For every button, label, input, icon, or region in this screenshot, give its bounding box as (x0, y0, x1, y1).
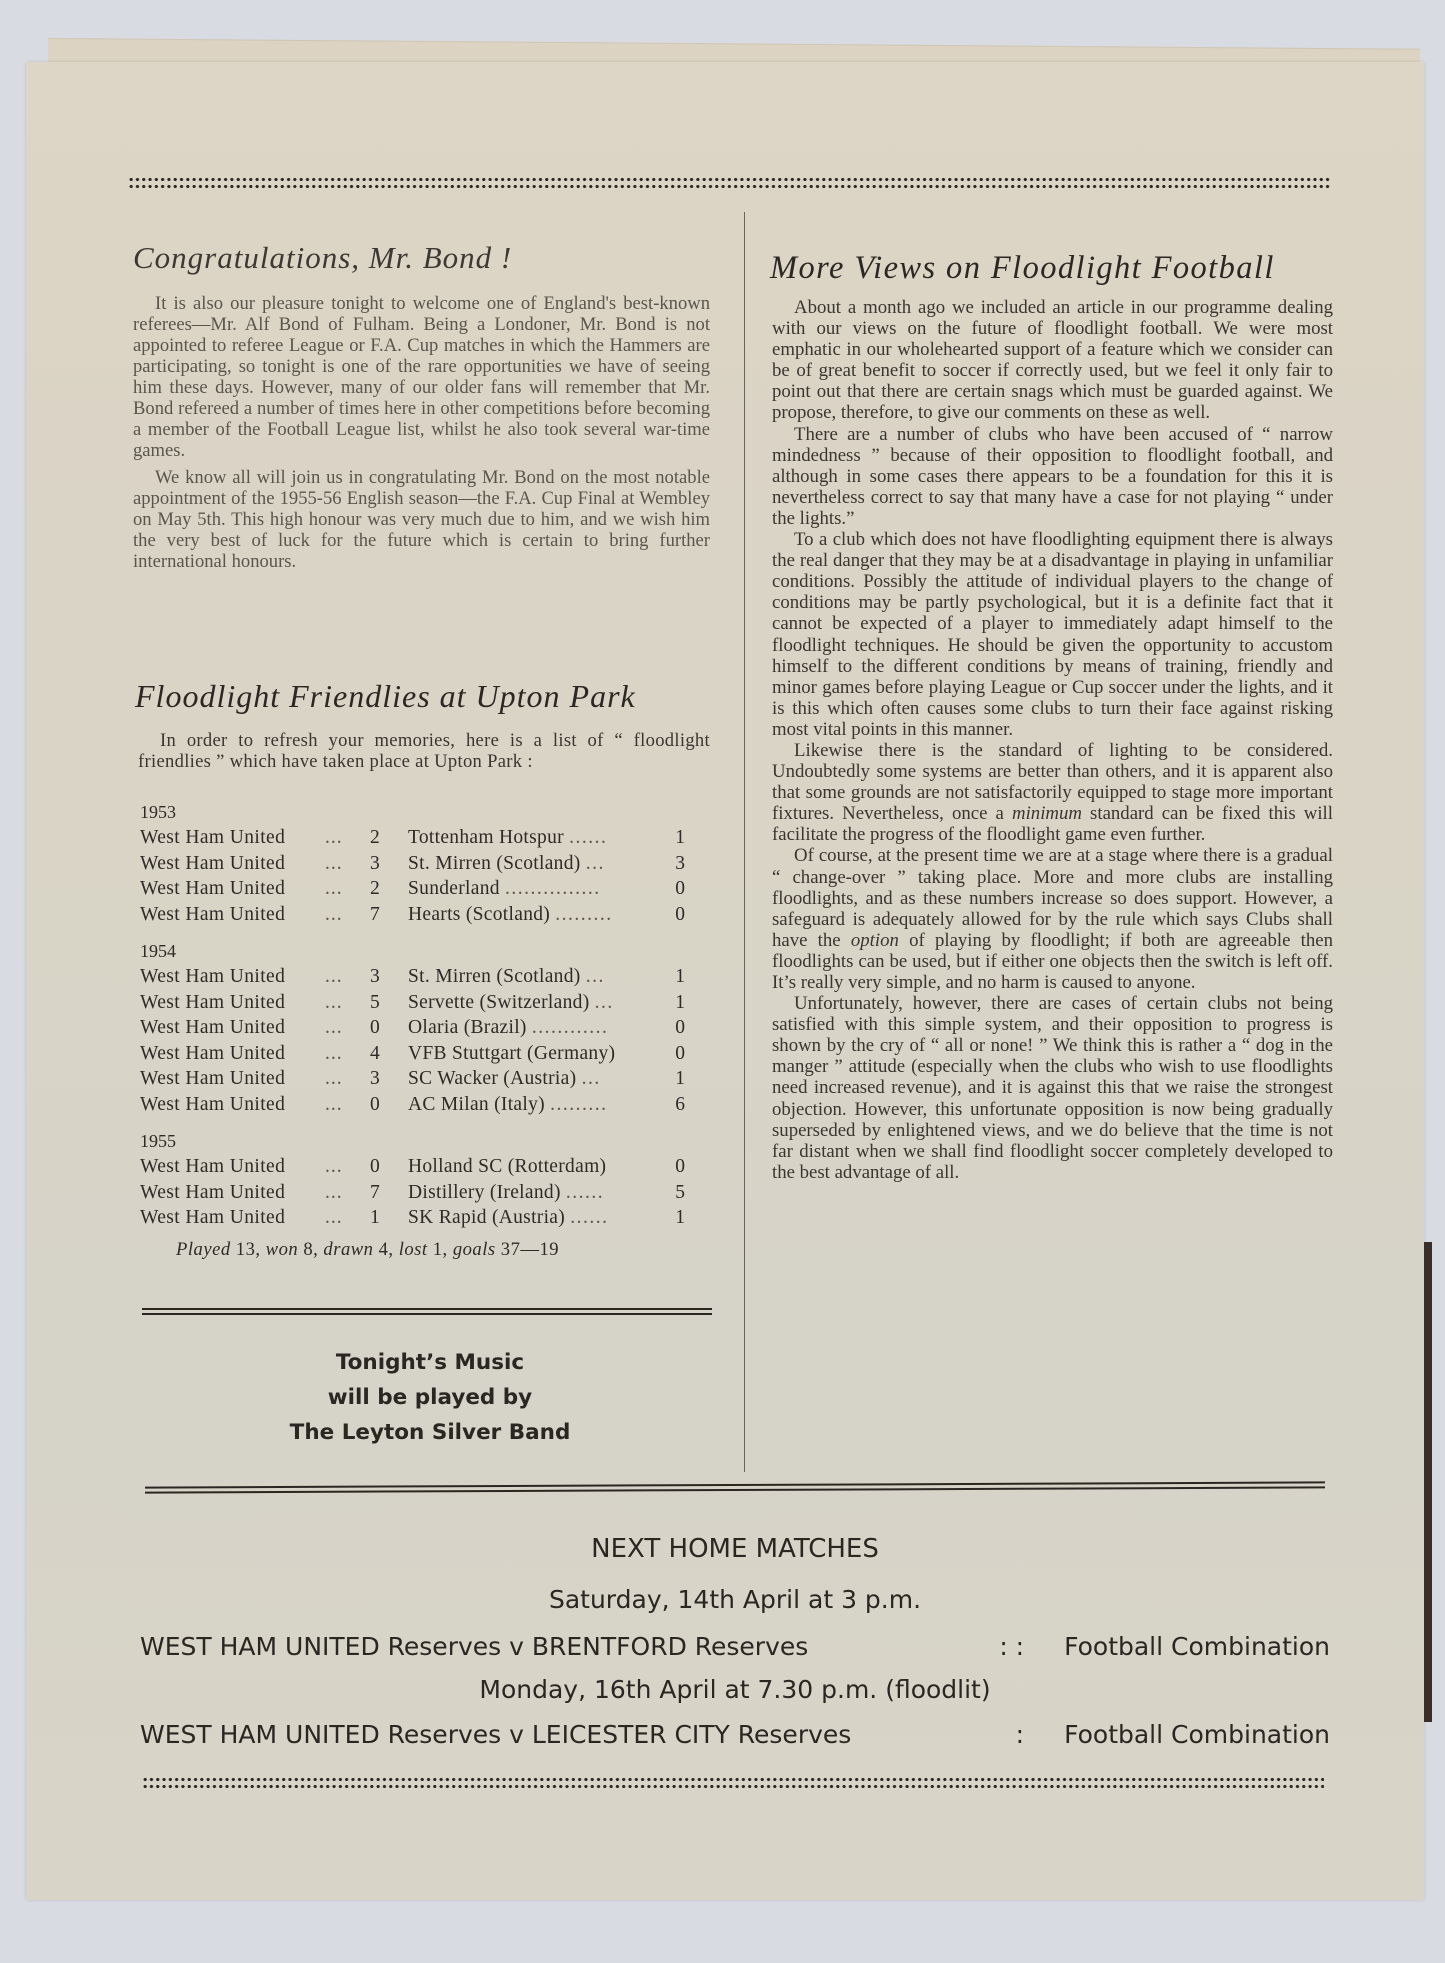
fixtures-summary: Played 13, won 8, drawn 4, lost 1, goals… (140, 1239, 685, 1261)
leader-dots: ... (582, 1068, 601, 1089)
fixture-row: West Ham United...3SC Wacker (Austria) .… (140, 1066, 685, 1092)
floodlight-views-paragraph-5: Of course, at the present time we are at… (772, 845, 1333, 993)
away-team: AC Milan (Italy) ......... (408, 1092, 669, 1118)
congrats-body: It is also our pleasure tonight to welco… (133, 293, 710, 572)
away-team: Holland SC (Rotterdam) (408, 1154, 669, 1180)
away-score: 5 (669, 1180, 685, 1206)
fixture-row: West Ham United...1SK Rapid (Austria) ..… (140, 1205, 685, 1231)
leader-dots: ............ (532, 1017, 609, 1038)
home-score: 2 (370, 825, 408, 851)
separator-dots: ... (325, 851, 370, 877)
away-score: 0 (669, 876, 685, 902)
away-team: St. Mirren (Scotland) ... (408, 851, 669, 877)
left-double-rule (142, 1308, 712, 1315)
away-score: 1 (669, 1066, 685, 1092)
away-team: SK Rapid (Austria) ...... (408, 1205, 669, 1231)
floodlight-views-paragraph-6: Unfortunately, however, there are cases … (772, 993, 1333, 1183)
leader-dots: ... (586, 966, 605, 987)
emphasis: minimum (1012, 803, 1082, 824)
away-team: Sunderland ............... (408, 876, 669, 902)
music-notice: Tonight’s Music will be played by The Le… (140, 1345, 720, 1450)
separator-dots: ... (325, 902, 370, 928)
summary-label: lost (399, 1239, 428, 1260)
away-score: 0 (669, 1041, 685, 1067)
floodlight-views-paragraph-2: There are a number of clubs who have bee… (772, 424, 1333, 529)
bottom-dotted-border (142, 1776, 1324, 1790)
summary-label: won (266, 1239, 299, 1260)
column-divider (744, 212, 745, 1472)
congrats-paragraph-1: It is also our pleasure tonight to welco… (133, 293, 710, 461)
away-team: Distillery (Ireland) ...... (408, 1180, 669, 1206)
away-team: St. Mirren (Scotland) ... (408, 964, 669, 990)
floodlight-views-paragraph-4: Likewise there is the standard of lighti… (772, 740, 1333, 845)
fixture-row: West Ham United...4VFB Stuttgart (German… (140, 1041, 685, 1067)
match-2-fixture: WEST HAM UNITED Reserves v LEICESTER CIT… (140, 1720, 851, 1749)
leader-dots: ......... (555, 904, 612, 925)
home-score: 2 (370, 876, 408, 902)
fixture-row: West Ham United...3St. Mirren (Scotland)… (140, 851, 685, 877)
leader-dots: ......... (550, 1094, 607, 1115)
home-score: 7 (370, 1180, 408, 1206)
match-2-competition: Football Combination (1064, 1720, 1330, 1749)
music-line-2: will be played by (140, 1380, 720, 1415)
separator-dots: ... (325, 825, 370, 851)
fixture-year: 1953 (140, 800, 685, 825)
separator-dots: ... (325, 1066, 370, 1092)
next-home-matches-title: NEXT HOME MATCHES (140, 1534, 1330, 1564)
match-1-row: WEST HAM UNITED Reserves v BRENTFORD Res… (140, 1632, 1330, 1661)
leader-dots: ...... (569, 827, 607, 848)
floodlight-views-body: About a month ago we included an article… (772, 297, 1333, 1183)
home-score: 3 (370, 964, 408, 990)
fixture-row: West Ham United...2Tottenham Hotspur ...… (140, 825, 685, 851)
away-score: 1 (669, 1205, 685, 1231)
emphasis: option (851, 930, 899, 951)
away-score: 1 (669, 990, 685, 1016)
fixtures-list: 1953West Ham United...2Tottenham Hotspur… (140, 800, 685, 1261)
match-2-separator: : (1016, 1720, 1024, 1749)
fixture-row: West Ham United...0AC Milan (Italy) ....… (140, 1092, 685, 1118)
leader-dots: ... (595, 992, 614, 1013)
home-score: 1 (370, 1205, 408, 1231)
separator-dots: ... (325, 964, 370, 990)
match-1-fixture: WEST HAM UNITED Reserves v BRENTFORD Res… (140, 1632, 808, 1661)
music-line-1: Tonight’s Music (140, 1345, 720, 1380)
separator-dots: ... (325, 1180, 370, 1206)
fixture-row: West Ham United...2Sunderland ..........… (140, 876, 685, 902)
floodlight-views-heading: More Views on Floodlight Football (770, 250, 1275, 287)
away-score: 6 (669, 1092, 685, 1118)
fixture-row: West Ham United...5Servette (Switzerland… (140, 990, 685, 1016)
away-team: VFB Stuttgart (Germany) (408, 1041, 669, 1067)
away-team: Servette (Switzerland) ... (408, 990, 669, 1016)
home-score: 0 (370, 1154, 408, 1180)
match-2-row: WEST HAM UNITED Reserves v LEICESTER CIT… (140, 1720, 1330, 1749)
match-1-competition: Football Combination (1064, 1632, 1330, 1661)
home-team: West Ham United (140, 1180, 325, 1206)
summary-label: goals (453, 1239, 496, 1260)
home-team: West Ham United (140, 902, 325, 928)
friendlies-heading: Floodlight Friendlies at Upton Park (135, 678, 636, 715)
top-dotted-border (128, 176, 1331, 190)
home-score: 3 (370, 1066, 408, 1092)
away-score: 3 (669, 851, 685, 877)
home-team: West Ham United (140, 1154, 325, 1180)
home-team: West Ham United (140, 1015, 325, 1041)
home-team: West Ham United (140, 990, 325, 1016)
away-score: 0 (669, 1154, 685, 1180)
separator-dots: ... (325, 1205, 370, 1231)
fixture-row: West Ham United...7Distillery (Ireland) … (140, 1180, 685, 1206)
home-team: West Ham United (140, 1066, 325, 1092)
home-score: 5 (370, 990, 408, 1016)
separator-dots: ... (325, 1015, 370, 1041)
home-team: West Ham United (140, 1205, 325, 1231)
match-2-date: Monday, 16th April at 7.30 p.m. (floodli… (140, 1675, 1330, 1704)
congrats-paragraph-2: We know all will join us in congratulati… (133, 467, 710, 572)
home-team: West Ham United (140, 1041, 325, 1067)
home-score: 0 (370, 1092, 408, 1118)
fixture-row: West Ham United...7Hearts (Scotland) ...… (140, 902, 685, 928)
home-score: 7 (370, 902, 408, 928)
home-team: West Ham United (140, 825, 325, 851)
match-1-date: Saturday, 14th April at 3 p.m. (140, 1585, 1330, 1614)
floodlight-views-paragraph-3: To a club which does not have floodlight… (772, 529, 1333, 740)
home-score: 3 (370, 851, 408, 877)
fixture-year: 1955 (140, 1129, 685, 1154)
leader-dots: ...... (566, 1182, 604, 1203)
separator-dots: ... (325, 876, 370, 902)
leader-dots: ... (586, 853, 605, 874)
separator-dots: ... (325, 1092, 370, 1118)
fixture-row: West Ham United...3St. Mirren (Scotland)… (140, 964, 685, 990)
summary-label: drawn (323, 1239, 373, 1260)
home-team: West Ham United (140, 851, 325, 877)
fixture-year: 1954 (140, 939, 685, 964)
away-score: 1 (669, 964, 685, 990)
friendlies-intro: In order to refresh your memories, here … (138, 730, 710, 772)
home-team: West Ham United (140, 876, 325, 902)
separator-dots: ... (325, 1154, 370, 1180)
home-team: West Ham United (140, 964, 325, 990)
music-line-3: The Leyton Silver Band (140, 1415, 720, 1450)
match-1-separator: : : (999, 1632, 1024, 1661)
leader-dots: ............... (505, 878, 601, 899)
home-score: 0 (370, 1015, 408, 1041)
away-score: 0 (669, 1015, 685, 1041)
away-team: Tottenham Hotspur ...... (408, 825, 669, 851)
away-score: 1 (669, 825, 685, 851)
separator-dots: ... (325, 990, 370, 1016)
summary-label: Played (176, 1239, 231, 1260)
away-team: Olaria (Brazil) ............ (408, 1015, 669, 1041)
leader-dots: ...... (570, 1207, 608, 1228)
away-score: 0 (669, 902, 685, 928)
floodlight-views-paragraph-1: About a month ago we included an article… (772, 297, 1333, 424)
home-score: 4 (370, 1041, 408, 1067)
away-team: Hearts (Scotland) ......... (408, 902, 669, 928)
away-team: SC Wacker (Austria) ... (408, 1066, 669, 1092)
fixture-row: West Ham United...0Holland SC (Rotterdam… (140, 1154, 685, 1180)
fixture-row: West Ham United...0Olaria (Brazil) .....… (140, 1015, 685, 1041)
home-team: West Ham United (140, 1092, 325, 1118)
congrats-heading: Congratulations, Mr. Bond ! (133, 240, 512, 276)
separator-dots: ... (325, 1041, 370, 1067)
